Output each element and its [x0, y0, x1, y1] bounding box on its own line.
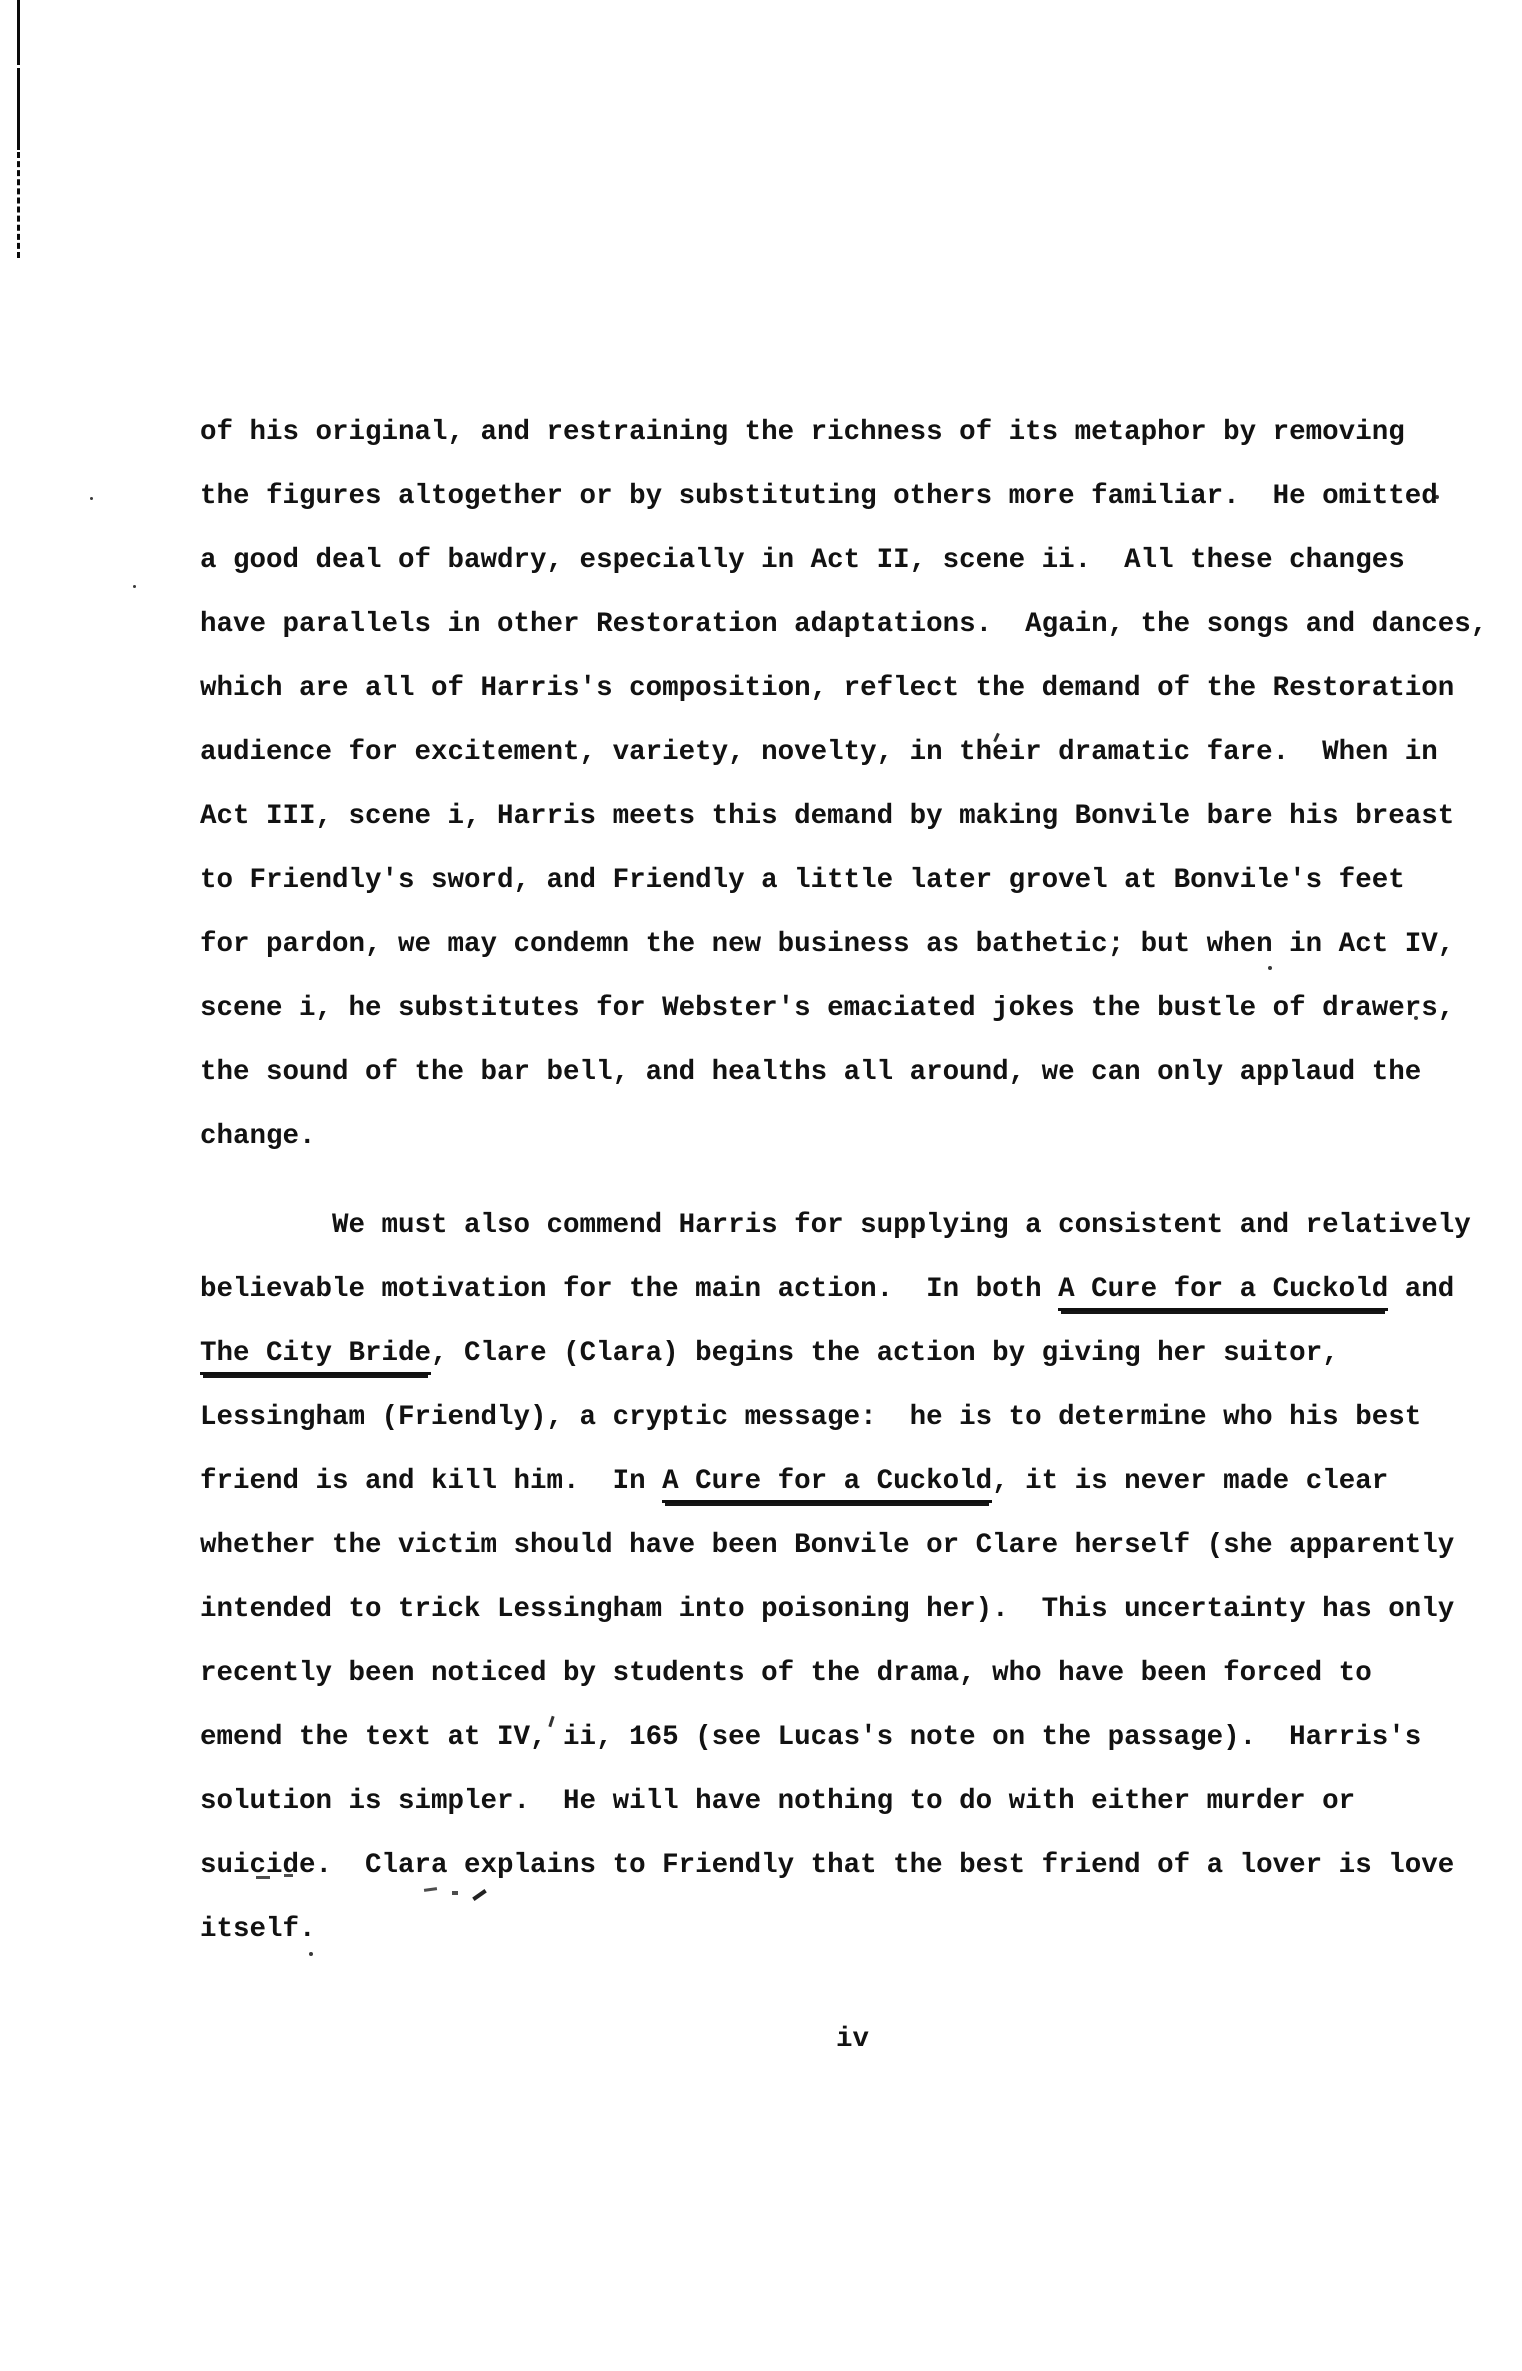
text-segment: Act III, scene i, Harris meets this dema… — [200, 801, 1454, 832]
text-segment: for pardon, we may condemn the new busin… — [200, 929, 1454, 960]
scan-speck — [133, 585, 136, 588]
paragraph: We must also commend Harris for supplyin… — [200, 1194, 1487, 1962]
text-line: whether the victim should have been Bonv… — [200, 1514, 1487, 1578]
underlined-title: A Cure for a Cuckold — [662, 1466, 992, 1503]
typescript-page: of his original, and restraining the ric… — [0, 0, 1522, 2371]
text-line: emend the text at IV, ii, 165 (see Lucas… — [200, 1706, 1487, 1770]
text-line: believable motivation for the main actio… — [200, 1258, 1487, 1322]
scan-edge-line — [17, 0, 20, 65]
text-block: of his original, and restraining the ric… — [200, 401, 1487, 1962]
text-line: to Friendly's sword, and Friendly a litt… — [200, 849, 1487, 913]
text-segment: whether the victim should have been Bonv… — [200, 1530, 1454, 1561]
text-line: We must also commend Harris for supplyin… — [200, 1194, 1487, 1258]
text-line: which are all of Harris's composition, r… — [200, 657, 1487, 721]
text-segment: to Friendly's sword, and Friendly a litt… — [200, 865, 1405, 896]
text-segment: itself. — [200, 1914, 316, 1945]
text-segment: solution is simpler. He will have nothin… — [200, 1786, 1355, 1817]
scan-edge-line-dashed — [17, 152, 20, 258]
text-line: Act III, scene i, Harris meets this dema… — [200, 785, 1487, 849]
text-segment: emend the text at IV, ii, 165 (see Lucas… — [200, 1722, 1421, 1753]
text-line: the figures altogether or by substitutin… — [200, 465, 1487, 529]
text-segment: , Clare (Clara) begins the action by giv… — [431, 1338, 1339, 1369]
scan-edge-line — [17, 68, 20, 150]
text-segment: suicide. Clara explains to Friendly that… — [200, 1850, 1454, 1881]
text-segment: the figures altogether or by substitutin… — [200, 481, 1438, 512]
text-line: the sound of the bar bell, and healths a… — [200, 1041, 1487, 1105]
text-line: itself. — [200, 1898, 1487, 1962]
text-segment: friend is and kill him. In — [200, 1466, 662, 1497]
text-line: suicide. Clara explains to Friendly that… — [200, 1834, 1487, 1898]
text-segment: a good deal of bawdry, especially in Act… — [200, 545, 1405, 576]
text-line: friend is and kill him. In A Cure for a … — [200, 1450, 1487, 1514]
text-line: The City Bride, Clare (Clara) begins the… — [200, 1322, 1487, 1386]
paragraph: of his original, and restraining the ric… — [200, 401, 1487, 1169]
text-segment: recently been noticed by students of the… — [200, 1658, 1372, 1689]
text-segment: which are all of Harris's composition, r… — [200, 673, 1454, 704]
text-line: for pardon, we may condemn the new busin… — [200, 913, 1487, 977]
text-segment: scene i, he substitutes for Webster's em… — [200, 993, 1454, 1024]
text-line: audience for excitement, variety, novelt… — [200, 721, 1487, 785]
text-segment: change. — [200, 1121, 316, 1152]
text-line: of his original, and restraining the ric… — [200, 401, 1487, 465]
scan-speck — [90, 497, 93, 500]
text-segment: and — [1388, 1274, 1454, 1305]
text-line: intended to trick Lessingham into poison… — [200, 1578, 1487, 1642]
text-line: change. — [200, 1105, 1487, 1169]
text-segment: the sound of the bar bell, and healths a… — [200, 1057, 1421, 1088]
text-segment: , it is never made clear — [992, 1466, 1388, 1497]
text-line: a good deal of bawdry, especially in Act… — [200, 529, 1487, 593]
text-segment: have parallels in other Restoration adap… — [200, 609, 1487, 640]
text-segment: Lessingham (Friendly), a cryptic message… — [200, 1402, 1421, 1433]
text-segment: believable motivation for the main actio… — [200, 1274, 1058, 1305]
text-segment: of his original, and restraining the ric… — [200, 417, 1405, 448]
page-number: iv — [836, 2024, 869, 2056]
text-line: have parallels in other Restoration adap… — [200, 593, 1487, 657]
text-line: scene i, he substitutes for Webster's em… — [200, 977, 1487, 1041]
text-segment: We must also commend Harris for supplyin… — [200, 1210, 1471, 1241]
underlined-title: The City Bride — [200, 1338, 431, 1375]
underlined-title: A Cure for a Cuckold — [1058, 1274, 1388, 1311]
text-line: recently been noticed by students of the… — [200, 1642, 1487, 1706]
text-line: solution is simpler. He will have nothin… — [200, 1770, 1487, 1834]
text-segment: intended to trick Lessingham into poison… — [200, 1594, 1454, 1625]
text-line: Lessingham (Friendly), a cryptic message… — [200, 1386, 1487, 1450]
text-segment: audience for excitement, variety, novelt… — [200, 737, 1438, 768]
